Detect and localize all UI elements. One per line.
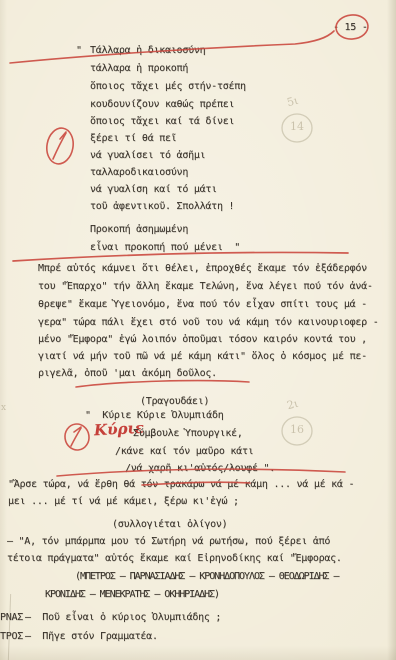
dialogue-text: – Ποῦ εἶναι ὁ κύριος Ὀλυμπιάδης ; xyxy=(25,612,221,624)
pencil-note: 5ι xyxy=(286,94,300,109)
narration-line: ριγελᾶ, ὁποῦ 'μαι ἀκόμη δοῦλος. xyxy=(38,368,217,380)
song-line: Σύμβουλε Ὑπουργικέ, xyxy=(133,428,243,440)
cast-line: (ΜΠΕΤΡΟΣ – ΠΑΡΝΑΣΙΑΔΗΣ – ΚΡΟΝΗΔΟΠΟΥΛΟΣ –… xyxy=(75,571,338,583)
pencil-note: 14 xyxy=(290,120,304,133)
poem-line: τάλλαρα ἡ προκοπή xyxy=(90,63,188,75)
pencil-margin-tick: x xyxy=(1,403,6,413)
red-numeral-one xyxy=(71,427,81,446)
narration-line: θρεψε" ἔκαμε Ὑγειονόμο, ἕνα πού τόν εἶχα… xyxy=(38,299,367,311)
dialogue-speaker: ΤΡΟΣ xyxy=(0,631,23,643)
stage-direction: (Τραγουδάει) xyxy=(140,396,209,408)
pencil-note: 16 xyxy=(290,423,304,436)
narration-line: Μπρέ αὐτός κάμνει ὅτι θέλει, ἐπροχθές ἔκ… xyxy=(38,263,367,275)
page-number: - 15 - xyxy=(333,22,368,34)
song-line: /νά χαρῆ κι'αὐτός/λουφέ ". xyxy=(125,463,275,475)
poem-line: ὅποιος τἄχει καί τά δίνει xyxy=(90,116,234,128)
poem-line: Προκοπή ἀσημωμένη xyxy=(90,224,188,236)
poem-line: νά γυαλίση καί τό μάτι xyxy=(90,184,217,196)
poem-line: ὅποιος τἄχει μές στήν-τσέπη xyxy=(90,81,246,93)
narration-line: τέτοια πράγματα" αὐτός ἔκαμε καί Εἰρηνοδ… xyxy=(7,553,342,565)
narration-line: γιατί νά μήν τοῦ πῶ νά μέ κάμη κάτι" ὅλο… xyxy=(38,351,367,363)
poem-line: κουδουνίζουν καθώς πρέπει xyxy=(90,99,234,111)
cast-line: ΚΡΟΝΙΔΗΣ – ΜΕΝΕΚΡΑΤΗΣ – ΟΚΗΗΡΙΑΔΗΣ) xyxy=(45,589,219,601)
dialogue-speaker: ΡΝΑΣ xyxy=(0,612,23,624)
poem-line: ταλλαροδικαιοσύνη xyxy=(90,167,188,179)
poem-line: ξέρει τί θά πεῖ xyxy=(90,133,177,145)
poem-line: εἶναι προκοπή πού μένει " xyxy=(90,242,240,254)
pencil-note: 2ι xyxy=(286,397,300,412)
red-circled-one-icon xyxy=(44,126,76,166)
narration-line: του "Ἔπαρχο" τήν ἄλλη ἔκαμε Τελώνη, ἕνα … xyxy=(38,281,373,293)
red-underline-2 xyxy=(76,381,249,387)
song-line: /κάνε καί τόν μαῦρο κάτι xyxy=(115,446,254,458)
red-numeral-one xyxy=(53,132,66,159)
manuscript-page: - 15 - " Τάλλαρα ἡ δικαιοσύνη τάλλαρα ἡ … xyxy=(0,0,396,660)
narration-line: γερα" τώρα πάλι ἔχει στό νοῦ του νά κάμη… xyxy=(38,317,378,329)
poem-line: Τάλλαρα ἡ δικαιοσύνη xyxy=(90,45,205,57)
dialogue-text: – Πῆγε στόν Γραμματέα. xyxy=(25,631,158,643)
poem-line: τοῦ ἀφεντικοῦ. Σπολλάτη ! xyxy=(90,201,234,213)
paper-crease xyxy=(8,594,11,660)
stage-direction: (συλλογιέται ὀλίγον) xyxy=(112,519,227,531)
poem-line: νά γυαλίσει τό ἀσῆμι xyxy=(90,150,205,162)
narration-line: μένο "Ἔμφορα" ἐγώ λοιπόν ὁποῦμαι τόσον κ… xyxy=(38,334,367,346)
narration-line: μει ... μέ τί νά μέ κάμει, ξέρω κι'ἐγώ ; xyxy=(8,496,239,508)
poem-open-quote: " xyxy=(76,45,82,57)
narration-line: – "Α, τόν μπάρμπα μου τό Σωτήρη νά ρωτήσ… xyxy=(7,536,330,548)
red-circled-one-icon xyxy=(63,422,90,451)
narration-line: "Ἄρσε τώρα, νά ἔρθη θά τόν τρακάρω νά μέ… xyxy=(8,479,354,491)
